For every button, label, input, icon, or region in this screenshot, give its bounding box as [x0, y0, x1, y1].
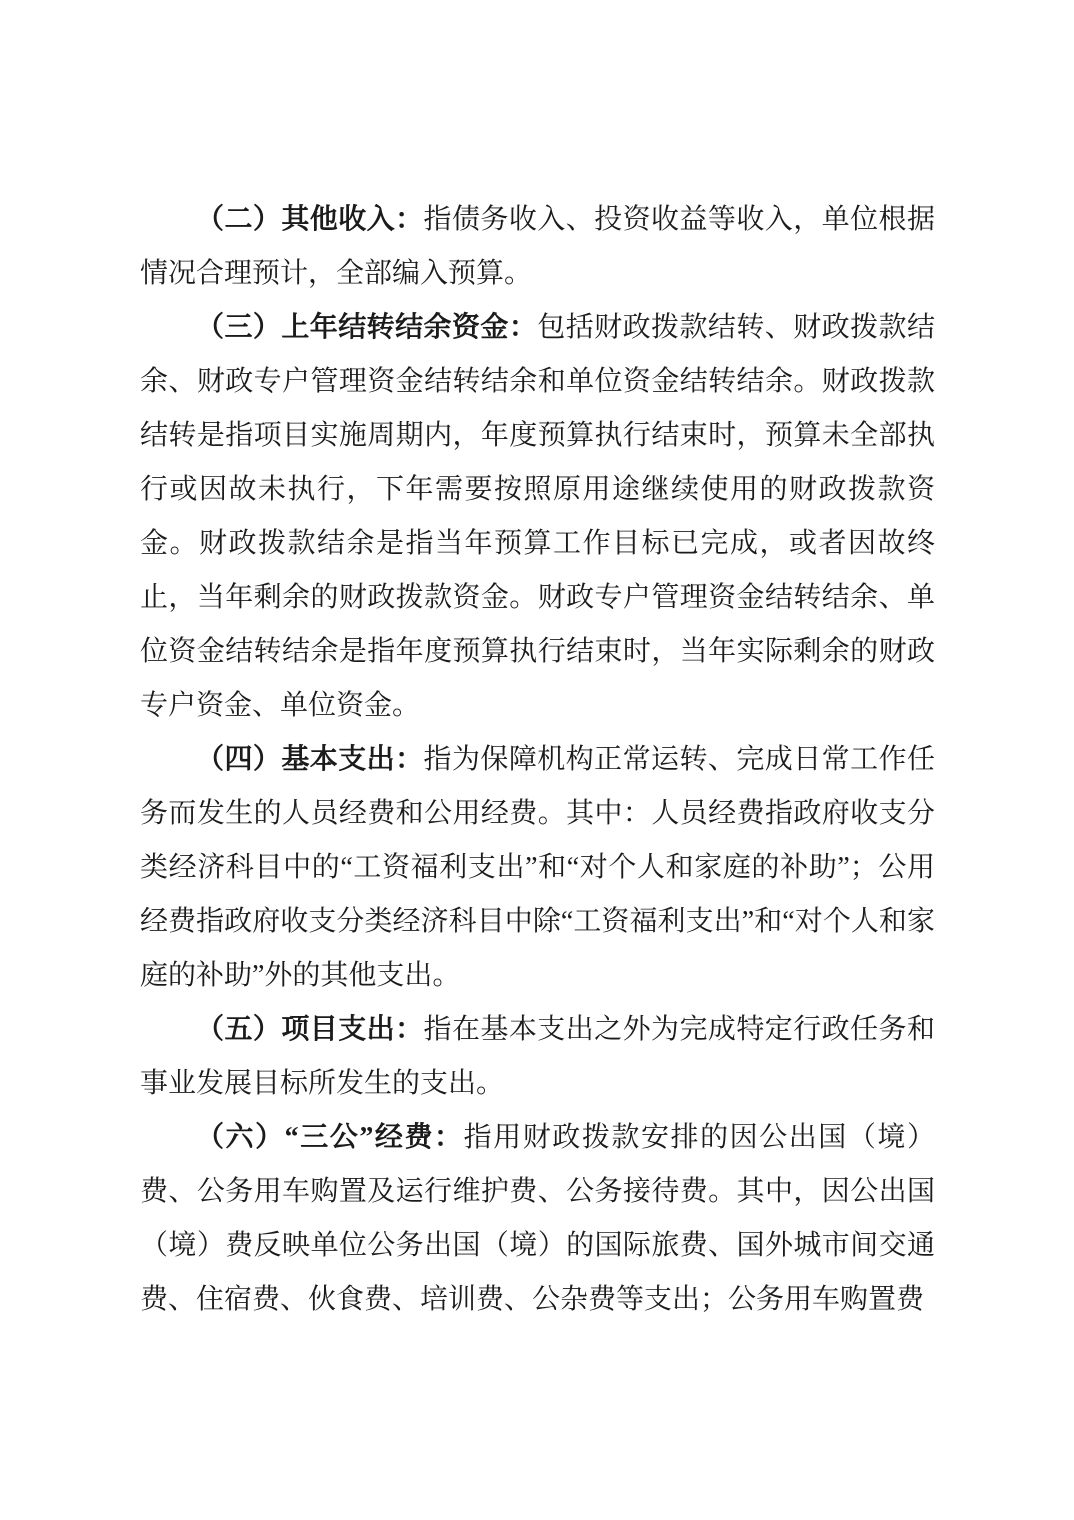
- para-other-income: （二）其他收入：指债务收入、投资收益等收入，单位根据情况合理预计，全部编入预算。: [140, 193, 935, 301]
- para-project-expenditure-heading: （五）项目支出：: [196, 1014, 424, 1045]
- para-three-public-funds-heading: （六）“三公”经费：: [196, 1122, 464, 1153]
- para-project-expenditure: （五）项目支出：指在基本支出之外为完成特定行政任务和事业发展目标所发生的支出。: [140, 1003, 935, 1111]
- para-other-income-heading: （二）其他收入：: [196, 204, 424, 235]
- document-page: （二）其他收入：指债务收入、投资收益等收入，单位根据情况合理预计，全部编入预算。…: [0, 0, 1074, 1520]
- para-carryover-funds-body: 包括财政拨款结转、财政拨款结余、财政专户管理资金结转结余和单位资金结转结余。财政…: [140, 312, 935, 721]
- para-three-public-funds: （六）“三公”经费：指用财政拨款安排的因公出国（境）费、公务用车购置及运行维护费…: [140, 1111, 935, 1327]
- para-carryover-funds-heading: （三）上年结转结余资金：: [196, 312, 537, 343]
- para-basic-expenditure: （四）基本支出：指为保障机构正常运转、完成日常工作任务而发生的人员经费和公用经费…: [140, 733, 935, 1003]
- para-basic-expenditure-heading: （四）基本支出：: [196, 744, 424, 775]
- document-text-block: （二）其他收入：指债务收入、投资收益等收入，单位根据情况合理预计，全部编入预算。…: [140, 193, 935, 1327]
- para-basic-expenditure-body: 指为保障机构正常运转、完成日常工作任务而发生的人员经费和公用经费。其中：人员经费…: [140, 744, 935, 991]
- para-carryover-funds: （三）上年结转结余资金：包括财政拨款结转、财政拨款结余、财政专户管理资金结转结余…: [140, 301, 935, 733]
